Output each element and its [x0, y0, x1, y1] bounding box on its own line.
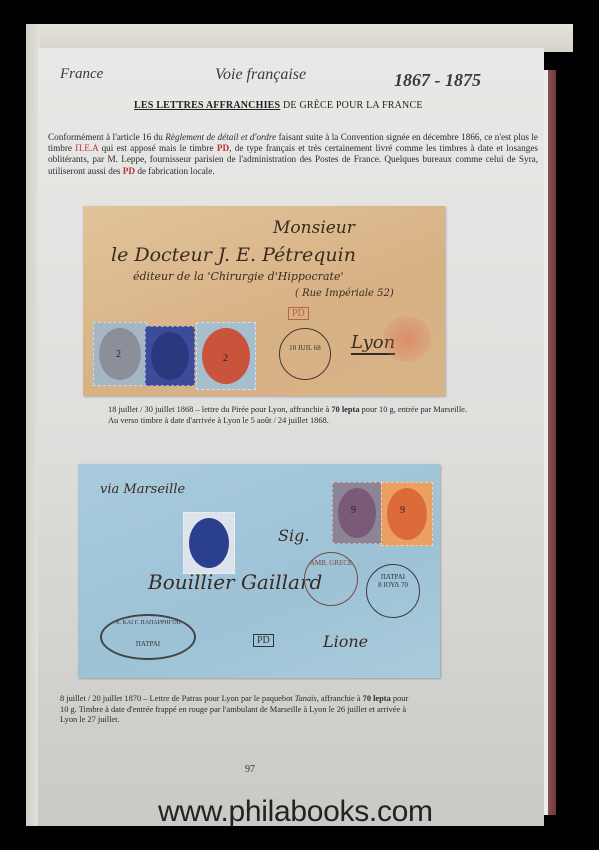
intro-highlight-pd: PD	[123, 166, 135, 176]
caption-bold: 70 lepta	[331, 405, 359, 414]
intro-text: qui est apposé mais le timbre	[98, 143, 217, 153]
red-arrival-postmark	[383, 316, 431, 362]
date-stamp: 18 JUIL 68	[279, 328, 331, 380]
intro-highlight-pd: PD	[217, 143, 229, 153]
postage-stamp: 9	[332, 482, 382, 544]
address-line: ( Rue Impériale 52)	[295, 288, 394, 299]
cover-image-1: Monsieur le Docteur J. E. Pétrequin édit…	[83, 206, 445, 396]
caption-text: pour	[391, 694, 408, 703]
numeral-cancel: 9	[400, 505, 405, 516]
page-number: 97	[245, 764, 255, 775]
caption-bold: 70 lepta	[363, 694, 391, 703]
red-entry-postmark: AMB. GRECE	[304, 552, 358, 606]
caption-italic: Tanaïs	[295, 694, 317, 703]
postmark-text: AMB. GRECE	[305, 559, 357, 567]
intro-text: de fabrication locale.	[135, 166, 215, 176]
sender-cachet: Α. ΚΑΙ Γ. ΠΑΠΑΡΡΗΓΟΠ ΠΑΤΡΑΙ	[100, 614, 196, 660]
postage-stamp	[145, 326, 195, 386]
caption-cover-1: 18 juillet / 30 juillet 1868 – lettre du…	[108, 405, 548, 426]
numeral-cancel: 2	[116, 349, 121, 360]
intro-paragraph: Conformément à l'article 16 du Règlement…	[48, 132, 538, 177]
pd-handstamp: PD	[288, 307, 309, 320]
section-title-rest: DE GRÈCE POUR LA FRANCE	[280, 100, 422, 111]
postmark-text: ΠΑΤΡΑΙ	[367, 573, 419, 581]
book-cover-spine	[548, 70, 556, 815]
section-title: LES LETTRES AFFRANCHIES DE GRÈCE POUR LA…	[134, 100, 423, 111]
address-line: le Docteur J. E. Pétrequin	[111, 244, 356, 266]
postage-stamp: 2	[196, 322, 256, 390]
section-title-underlined: LES LETTRES AFFRANCHIES	[134, 100, 280, 111]
running-header-country: France	[60, 66, 103, 83]
route-instruction: via Marseille	[100, 482, 185, 497]
postmark-date: 8 ΙΟΥΛ 70	[367, 581, 419, 589]
running-header-period: 1867 - 1875	[394, 70, 481, 91]
address-line: éditeur de la 'Chirurgie d'Hippocrate'	[133, 270, 343, 283]
cover-image-2: via Marseille Sig. Bouillier Gaillard Li…	[78, 464, 440, 678]
postage-stamp: 9	[381, 482, 433, 546]
bottom-border	[0, 826, 599, 850]
watermark-url: www.philabooks.com	[158, 795, 433, 829]
patras-date-stamp: ΠΑΤΡΑΙ8 ΙΟΥΛ 70	[366, 564, 420, 618]
address-line: Bouillier Gaillard	[148, 570, 322, 594]
intro-highlight-pea: Π.Ε.Α	[75, 143, 98, 153]
date-stamp-text: 18 JUIL 68	[280, 344, 330, 352]
caption-text: Lyon le 27 juillet.	[60, 715, 530, 726]
address-line: Monsieur	[273, 218, 355, 238]
numeral-cancel: 9	[351, 505, 356, 516]
caption-text: , affranchie à	[317, 694, 363, 703]
cachet-text: ΠΑΤΡΑΙ	[102, 640, 194, 648]
address-city: Lione	[323, 632, 368, 651]
cachet-text: Α. ΚΑΙ Γ. ΠΑΠΑΡΡΗΓΟΠ	[102, 620, 194, 626]
address-line: Sig.	[278, 526, 309, 545]
caption-cover-2: 8 juillet / 20 juillet 1870 – Lettre de …	[60, 694, 530, 726]
intro-text: Conformément à l'article 16 du	[48, 132, 165, 142]
caption-text: pour 10 g, entrée par Marseille.	[360, 405, 467, 414]
running-header-route: Voie française	[215, 66, 306, 84]
postage-stamp: 2	[93, 322, 147, 386]
caption-text: 8 juillet / 20 juillet 1870 – Lettre de …	[60, 694, 295, 703]
caption-text: Au verso timbre à date d'arrivée à Lyon …	[108, 416, 548, 427]
postage-stamp	[183, 512, 235, 574]
book-page: France Voie française 1867 - 1875 LES LE…	[38, 48, 544, 826]
numeral-cancel: 2	[223, 353, 228, 364]
caption-text: 10 g. Timbre à date d'entrée frappé en r…	[60, 705, 530, 716]
book-photo: France Voie française 1867 - 1875 LES LE…	[0, 0, 599, 850]
caption-text: 18 juillet / 30 juillet 1868 – lettre du…	[108, 405, 331, 414]
intro-italic: Règlement de détail et d'ordre	[165, 132, 276, 142]
pd-handstamp: PD	[253, 634, 274, 647]
